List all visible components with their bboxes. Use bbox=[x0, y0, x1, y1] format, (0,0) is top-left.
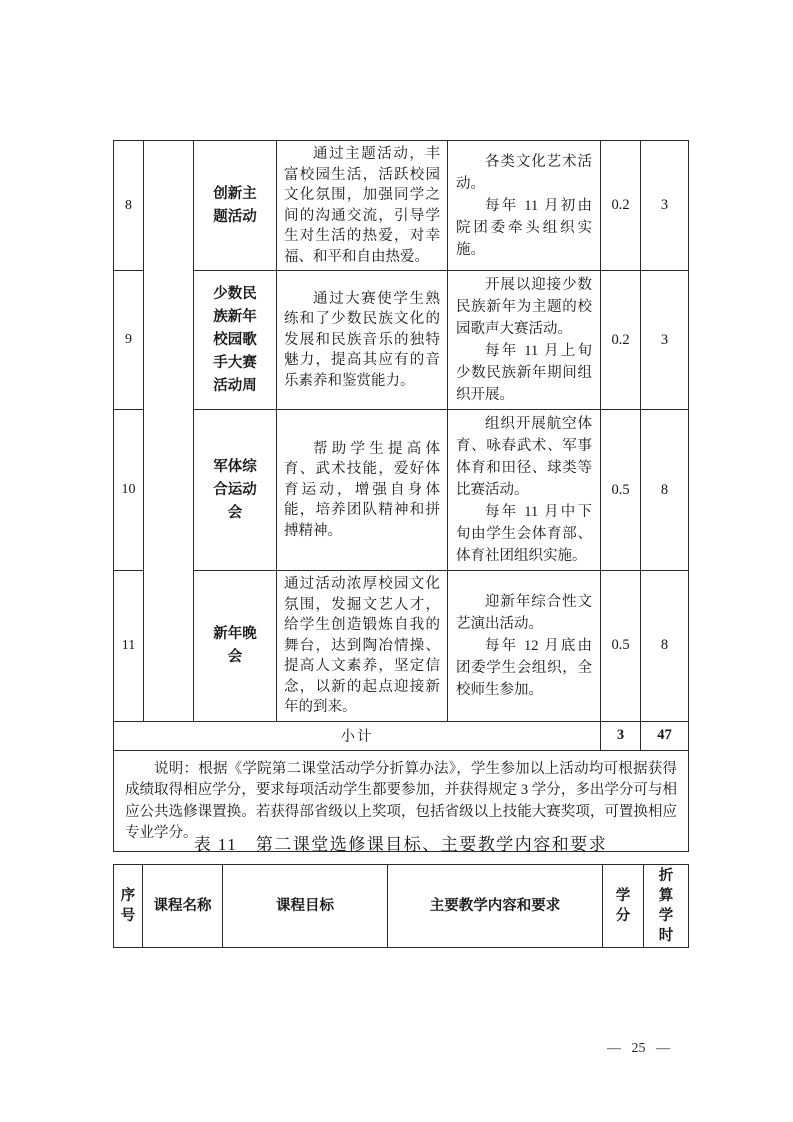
activity-name: 新年晚会 bbox=[194, 571, 277, 722]
table11-title: 表 11 第二课堂选修课目标、主要教学内容和要求 bbox=[113, 830, 688, 855]
activity-content-line: 开展以迎接少数民族新年为主题的校园歌声大赛活动。 bbox=[456, 274, 592, 340]
activity-schedule-line: 每年 12 月底由团委学生会组织，全校师生参加。 bbox=[456, 635, 592, 701]
activity-hours: 3 bbox=[641, 141, 689, 271]
activity-credits: 0.5 bbox=[601, 571, 641, 722]
row-number: 9 bbox=[114, 271, 144, 410]
document-page: 8 创新主题活动 通过主题活动，丰富校园生活，活跃校园文化氛围，加强同学之间的沟… bbox=[0, 0, 793, 1122]
header-no-text: 序号 bbox=[120, 886, 135, 926]
activity-content-cell: 组织开展航空体育、咏春武术、军事体育和田径、球类等比赛活动。 每年 11 月中下… bbox=[448, 410, 601, 571]
header-course-name: 课程名称 bbox=[143, 865, 223, 948]
activity-content-line: 迎新年综合性文艺演出活动。 bbox=[456, 591, 592, 635]
activity-name: 创新主题活动 bbox=[194, 141, 277, 271]
activity-description: 通过主题活动，丰富校园生活，活跃校园文化氛围，加强同学之间的沟通交流，引导学生对… bbox=[284, 144, 440, 267]
activity-content-cell: 开展以迎接少数民族新年为主题的校园歌声大赛活动。 每年 11 月上旬少数民族新年… bbox=[448, 271, 601, 410]
activity-credits: 0.5 bbox=[601, 410, 641, 571]
activity-credits: 0.2 bbox=[601, 141, 641, 271]
activity-content-line: 各类文化艺术活动。 bbox=[456, 151, 592, 195]
activity-description: 通过大赛使学生熟练和了少数民族文化的发展和民族音乐的独特魅力，提高其应有的音乐素… bbox=[284, 289, 440, 392]
activity-hours: 8 bbox=[641, 571, 689, 722]
activity-hours: 8 bbox=[641, 410, 689, 571]
table-row: 9 少数民族新年校园歌手大赛活动周 通过大赛使学生熟练和了少数民族文化的发展和民… bbox=[114, 271, 689, 410]
activity-hours: 3 bbox=[641, 271, 689, 410]
activity-content-line: 组织开展航空体育、咏春武术、军事体育和田径、球类等比赛活动。 bbox=[456, 413, 592, 501]
activity-description-cell: 通过活动浓厚校园文化氛围，发掘文艺人才，给学生创造锻炼自我的舞台，达到陶冶情操、… bbox=[277, 571, 448, 722]
elective-course-table: 序号 课程名称 课程目标 主要教学内容和要求 学分 折算学时 bbox=[113, 864, 689, 948]
activity-description-cell: 帮助学生提高体育、武术技能，爱好体育运动，增强自身体能，培养团队精神和拼搏精神。 bbox=[277, 410, 448, 571]
table-row: 10 军体综合运动会 帮助学生提高体育、武术技能，爱好体育运动，增强自身体能，培… bbox=[114, 410, 689, 571]
activity-name: 军体综合运动会 bbox=[194, 410, 277, 571]
subtotal-label: 小计 bbox=[114, 721, 601, 750]
row-number: 11 bbox=[114, 571, 144, 722]
activity-schedule-line: 每年 11 月上旬少数民族新年期间组织开展。 bbox=[456, 340, 592, 406]
activity-schedule-line: 每年 11 月初由院团委牵头组织实施。 bbox=[456, 195, 592, 261]
row-number: 10 bbox=[114, 410, 144, 571]
activities-table: 8 创新主题活动 通过主题活动，丰富校园生活，活跃校园文化氛围，加强同学之间的沟… bbox=[113, 140, 689, 852]
activity-credits: 0.2 bbox=[601, 271, 641, 410]
table-row: 8 创新主题活动 通过主题活动，丰富校园生活，活跃校园文化氛围，加强同学之间的沟… bbox=[114, 141, 689, 271]
activity-schedule-line: 每年 11 月中下旬由学生会体育部、体育社团组织实施。 bbox=[456, 501, 592, 567]
category-cell-empty bbox=[144, 141, 194, 722]
activity-name: 少数民族新年校园歌手大赛活动周 bbox=[194, 271, 277, 410]
header-no: 序号 bbox=[114, 865, 143, 948]
page-number: — 25 — bbox=[596, 1041, 681, 1057]
header-course-goal: 课程目标 bbox=[223, 865, 388, 948]
header-converted-hours: 折算学时 bbox=[644, 865, 689, 948]
activity-description-cell: 通过主题活动，丰富校园生活，活跃校园文化氛围，加强同学之间的沟通交流，引导学生对… bbox=[277, 141, 448, 271]
activity-description: 通过活动浓厚校园文化氛围，发掘文艺人才，给学生创造锻炼自我的舞台，达到陶冶情操、… bbox=[284, 574, 440, 718]
header-credits: 学分 bbox=[603, 865, 644, 948]
header-credits-text: 学分 bbox=[615, 886, 630, 926]
activity-content-cell: 迎新年综合性文艺演出活动。 每年 12 月底由团委学生会组织，全校师生参加。 bbox=[448, 571, 601, 722]
subtotal-credits: 3 bbox=[601, 721, 641, 750]
subtotal-hours: 47 bbox=[641, 721, 689, 750]
row-number: 8 bbox=[114, 141, 144, 271]
header-converted-hours-text: 折算学时 bbox=[658, 866, 673, 946]
activity-content-cell: 各类文化艺术活动。 每年 11 月初由院团委牵头组织实施。 bbox=[448, 141, 601, 271]
subtotal-row: 小计 3 47 bbox=[114, 721, 689, 750]
activity-description: 帮助学生提高体育、武术技能，爱好体育运动，增强自身体能，培养团队精神和拼搏精神。 bbox=[284, 439, 440, 542]
table-row: 11 新年晚会 通过活动浓厚校园文化氛围，发掘文艺人才，给学生创造锻炼自我的舞台… bbox=[114, 571, 689, 722]
header-main-content: 主要教学内容和要求 bbox=[388, 865, 603, 948]
activity-description-cell: 通过大赛使学生熟练和了少数民族文化的发展和民族音乐的独特魅力，提高其应有的音乐素… bbox=[277, 271, 448, 410]
header-row: 序号 课程名称 课程目标 主要教学内容和要求 学分 折算学时 bbox=[114, 865, 689, 948]
